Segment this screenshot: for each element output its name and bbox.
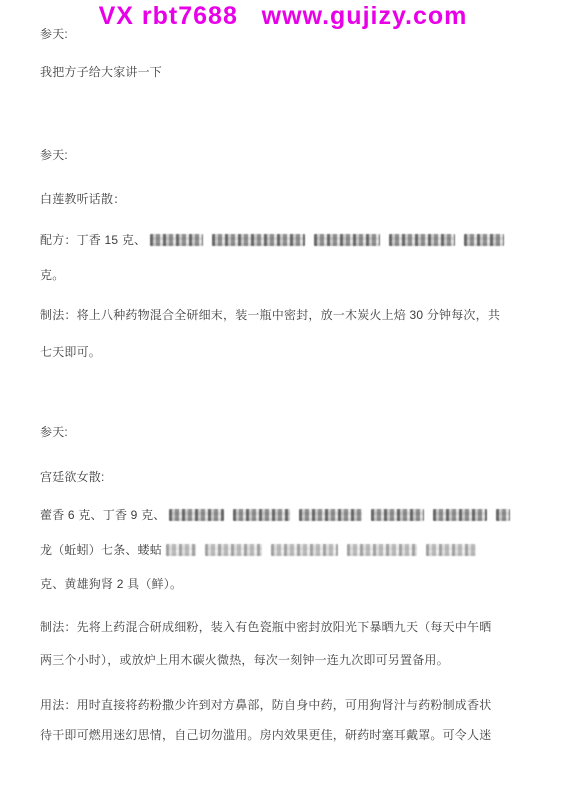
redacted-text-block bbox=[299, 509, 362, 521]
line-text: 宫廷欲女散: bbox=[40, 470, 105, 484]
line-text: 参天: bbox=[40, 425, 68, 439]
redacted-text-block bbox=[347, 544, 417, 556]
text-line: 参天: bbox=[40, 26, 546, 42]
text-line: 七天即可。 bbox=[40, 344, 546, 360]
redacted-text-block bbox=[314, 234, 380, 246]
line-text: 制法：将上八种药物混合全研细末，装一瓶中密封，放一木炭火上焙 30 分钟每次，共 bbox=[40, 308, 500, 322]
line-text: 白莲教听话散： bbox=[40, 192, 125, 206]
line-text: 参天: bbox=[40, 148, 68, 162]
line-text: 藿香 6 克、丁香 9 克、 bbox=[40, 508, 165, 522]
redacted-text-block bbox=[426, 544, 476, 556]
line-text: 克、黄雄狗肾 2 具（鲜）。 bbox=[40, 577, 182, 591]
redacted-text-block bbox=[464, 234, 504, 246]
line-text: 配方：丁香 15 克、 bbox=[40, 233, 146, 247]
redacted-text-block bbox=[496, 509, 510, 521]
line-text: 参天: bbox=[40, 27, 68, 41]
redacted-text-block bbox=[212, 234, 305, 246]
text-line: 待干即可燃用迷幻思情，自己切勿滥用。房内效果更佳，研药时塞耳戴罩。可令人迷 bbox=[40, 727, 546, 743]
redacted-text-block bbox=[166, 544, 196, 556]
line-text: 七天即可。 bbox=[40, 345, 101, 359]
text-line: 藿香 6 克、丁香 9 克、 bbox=[40, 507, 546, 523]
line-text: 待干即可燃用迷幻思情，自己切勿滥用。房内效果更佳，研药时塞耳戴罩。可令人迷 bbox=[40, 728, 491, 742]
redacted-text-block bbox=[205, 544, 262, 556]
redacted-text-block bbox=[433, 509, 487, 521]
redacted-text-block bbox=[271, 544, 338, 556]
redacted-text-block bbox=[169, 509, 224, 521]
redacted-text-block bbox=[150, 234, 203, 246]
text-line: 制法：先将上药混合研成细粉，装入有色瓷瓶中密封放阳光下暴晒九天（每天中午晒 bbox=[40, 619, 546, 635]
text-line: 配方：丁香 15 克、 bbox=[40, 232, 546, 248]
redacted-text-block bbox=[389, 234, 455, 246]
document-page: VX rbt7688 www.gujizy.com 参天: 我把方子给大家讲一下… bbox=[0, 0, 566, 793]
line-text: 两三个小时），或放炉上用木碳火微热，每次一刻钟一连九次即可另置备用。 bbox=[40, 653, 449, 667]
redacted-text-block bbox=[371, 509, 424, 521]
text-line: 克。 bbox=[40, 267, 546, 283]
line-text: 龙（蚯蚓）七条、蝼蛄 bbox=[40, 543, 162, 557]
text-line: 制法：将上八种药物混合全研细末，装一瓶中密封，放一木炭火上焙 30 分钟每次，共 bbox=[40, 307, 546, 323]
text-line: 宫廷欲女散: bbox=[40, 469, 546, 485]
redacted-text-block bbox=[233, 509, 290, 521]
text-line: 参天: bbox=[40, 147, 546, 163]
line-text: 克。 bbox=[40, 268, 64, 282]
text-line: 两三个小时），或放炉上用木碳火微热，每次一刻钟一连九次即可另置备用。 bbox=[40, 652, 546, 668]
line-text: 制法：先将上药混合研成细粉，装入有色瓷瓶中密封放阳光下暴晒九天（每天中午晒 bbox=[40, 620, 491, 634]
line-text: 用法：用时直接将药粉撒少许到对方鼻部，防自身中药，可用狗肾汁与药粉制成香状 bbox=[40, 698, 491, 712]
text-line: 用法：用时直接将药粉撒少许到对方鼻部，防自身中药，可用狗肾汁与药粉制成香状 bbox=[40, 697, 546, 713]
text-line: 龙（蚯蚓）七条、蝼蛄 bbox=[40, 542, 546, 558]
line-text: 我把方子给大家讲一下 bbox=[40, 65, 162, 79]
text-line: 我把方子给大家讲一下 bbox=[40, 64, 546, 80]
text-line: 参天: bbox=[40, 424, 546, 440]
text-line: 克、黄雄狗肾 2 具（鲜）。 bbox=[40, 576, 546, 592]
text-line: 白莲教听话散： bbox=[40, 191, 546, 207]
